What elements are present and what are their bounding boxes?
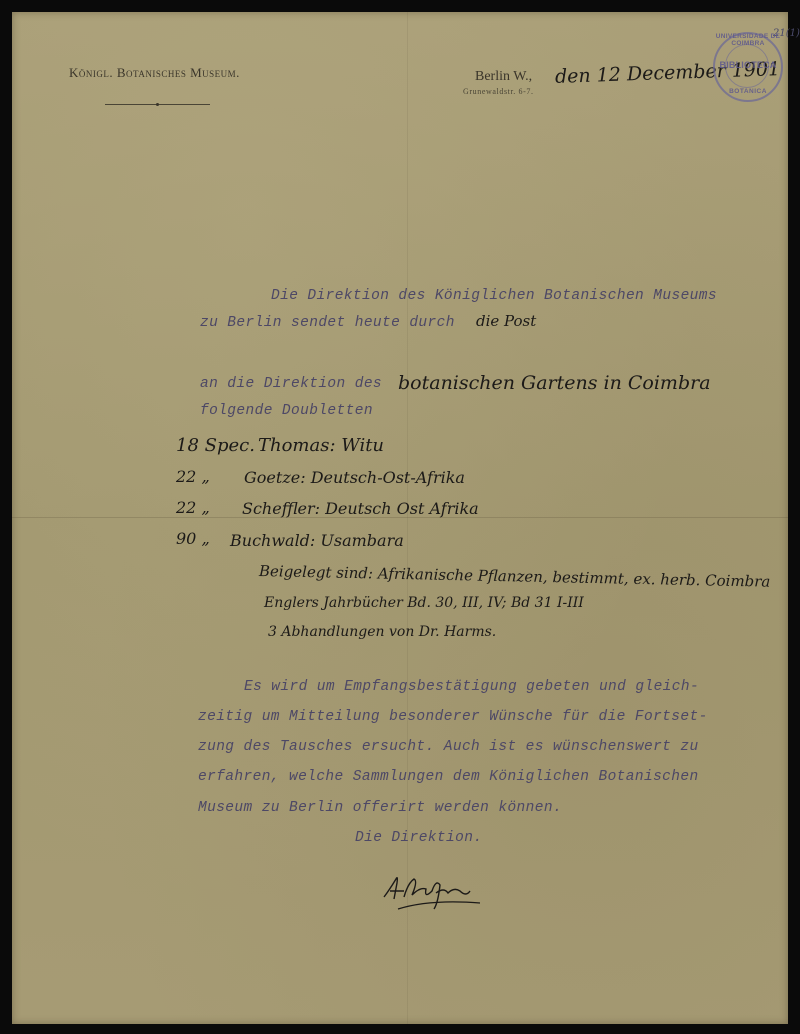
items-intro: folgende Doubletten (200, 403, 373, 419)
recipient-line: an die Direktion des (200, 376, 382, 392)
item-entry: Thomas: Witu (258, 435, 384, 456)
library-stamp: UNIVERSIDADE DE COIMBRA BIBLIOTECA BOTAN… (713, 32, 783, 102)
closing-line: Museum zu Berlin offerirt werden können. (198, 800, 562, 816)
enclosure-line: 3 Abhandlungen von Dr. Harms. (268, 624, 496, 640)
closing-line: erfahren, welche Sammlungen dem Königlic… (198, 769, 699, 785)
recipient-handwritten: botanischen Gartens in Coimbra (398, 372, 711, 394)
enclosure-line: Beigelegt sind: Afrikanische Pflanzen, b… (259, 562, 771, 591)
closing-line: Es wird um Empfangsbestätigung gebeten u… (244, 679, 699, 695)
letter-page: Königl. Botanisches Museum. Berlin W., G… (12, 12, 788, 1024)
stamp-bottom-text: BOTANICA (715, 88, 781, 95)
item-count: 22 „ (176, 498, 210, 517)
letterhead-street: Grunewaldstr. 6-7. (463, 87, 534, 96)
sign-off: Die Direktion. (355, 830, 482, 846)
closing-line: zeitig um Mitteilung besonderer Wünsche … (198, 709, 708, 725)
closing-line: zung des Tausches ersucht. Auch ist es w… (198, 739, 699, 755)
intro-line-1: Die Direktion des Königlichen Botanische… (271, 288, 717, 304)
item-entry: Scheffler: Deutsch Ost Afrika (242, 499, 479, 518)
letterhead-city: Berlin W., (475, 69, 532, 85)
enclosure-line: Englers Jahrbücher Bd. 30, III, IV; Bd 3… (264, 595, 584, 611)
intro-handwritten: die Post (476, 312, 536, 330)
item-entry: Buchwald: Usambara (230, 531, 404, 550)
letterhead-rule-dot (156, 103, 159, 106)
stamp-center-text: BIBLIOTECA (715, 60, 781, 70)
item-entry: Goetze: Deutsch-Ost-Afrika (244, 468, 465, 487)
item-count: 18 Spec. (176, 435, 255, 456)
stamp-top-text: UNIVERSIDADE DE COIMBRA (715, 33, 781, 47)
intro-line-2: zu Berlin sendet heute durch (200, 315, 455, 331)
item-count: 22 „ (176, 467, 210, 486)
signature-engler (380, 869, 490, 919)
item-count: 90 „ (176, 529, 210, 548)
letterhead-institution: Königl. Botanisches Museum. (69, 65, 240, 81)
